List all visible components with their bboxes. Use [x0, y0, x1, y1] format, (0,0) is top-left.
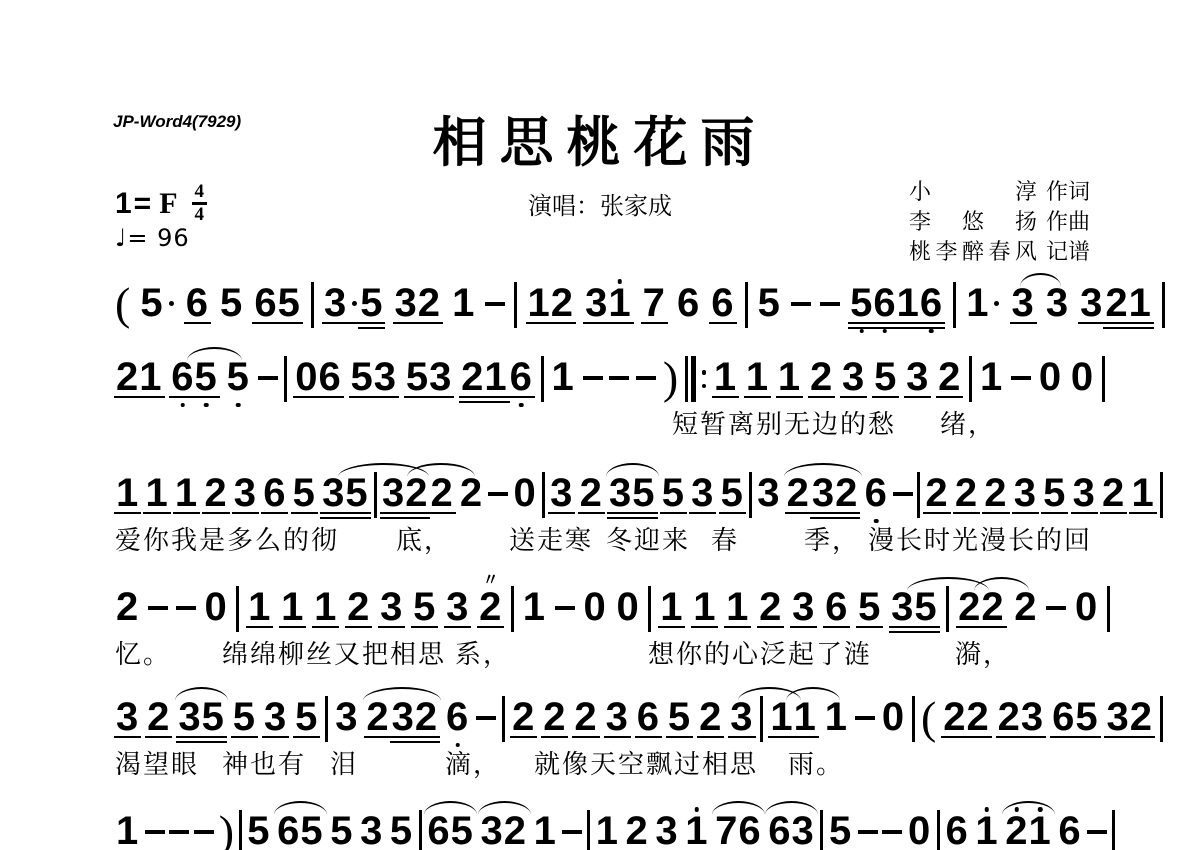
dash-note	[176, 606, 196, 610]
note-digit: 3	[655, 816, 678, 846]
note-digit: 2	[415, 702, 438, 732]
notation-row: 1)56553565321123176635061216	[115, 816, 1115, 850]
note-token: 35	[321, 478, 370, 508]
note-digit: 3	[374, 362, 397, 392]
note-digits: 12	[527, 288, 576, 318]
tie-arc	[1020, 273, 1062, 287]
note-token: 22	[957, 592, 1006, 622]
note-digit: 5	[914, 592, 937, 622]
note-digit: 5	[1075, 702, 1098, 732]
note-token: 3	[263, 702, 288, 732]
repeat-bar-thick	[691, 356, 696, 402]
note-digit: 5	[406, 362, 429, 392]
music-sheet-page: JP-Word4(7929) 相思桃花雨 演唱：张家成 小淳作词李悠扬作曲桃李醉…	[0, 0, 1200, 850]
note-token: 0	[881, 702, 906, 732]
note-token: 3	[605, 702, 630, 732]
note-digit: 6	[318, 362, 341, 392]
credit-role: 记谱	[1046, 235, 1090, 266]
dash-note	[485, 302, 505, 306]
note-digit: 1	[660, 592, 683, 622]
note-token: 5	[661, 478, 686, 508]
note-digit: 2	[418, 288, 441, 318]
key-tonic: F	[159, 187, 177, 221]
note-token: 32	[394, 288, 443, 318]
barline	[236, 586, 239, 632]
tie-arc	[407, 463, 475, 477]
note-digit: 2	[1130, 702, 1153, 732]
note-digits: 3	[233, 478, 258, 508]
note-digit: 3	[322, 478, 345, 508]
credit-line: 桃李醉春风记谱	[909, 235, 1090, 265]
note-token: 65	[253, 288, 302, 318]
note-digit: 3	[234, 478, 257, 508]
note-digit: 1	[693, 592, 716, 622]
note-token: 1	[684, 816, 709, 846]
note-token: 5	[294, 702, 319, 732]
barline	[937, 810, 940, 850]
note-digits: 3	[359, 816, 384, 846]
note-digit: 3	[392, 702, 415, 732]
note-token: 65	[426, 816, 475, 846]
note-token: 232	[786, 478, 860, 508]
note-digits: 32	[811, 478, 860, 508]
note-digits: 5	[857, 592, 882, 622]
note-digit: 3	[429, 362, 452, 392]
note-digit: 0	[616, 592, 639, 622]
barline	[1162, 282, 1165, 328]
note-token: 1	[745, 362, 770, 392]
barline	[502, 696, 505, 742]
note-digit: 5	[351, 362, 374, 392]
note-digits: 0	[881, 702, 906, 732]
note-token: 3	[233, 478, 258, 508]
note-digit: 5	[721, 478, 744, 508]
note-digit: 0	[908, 816, 931, 846]
note-digits: 35	[890, 592, 939, 622]
note-digit: 2	[460, 478, 483, 508]
note-digit: 5	[227, 362, 250, 392]
note-digit: 3	[609, 478, 632, 508]
note-digit: 3	[178, 702, 201, 732]
credit-name: 小淳	[909, 175, 1037, 206]
augmentation-dot-icon	[994, 301, 999, 306]
note-digits: 32	[480, 816, 529, 846]
note-digits: 1	[1130, 478, 1155, 508]
note-digit: 2	[479, 592, 502, 622]
note-token: 1	[1130, 478, 1155, 508]
note-digits: 5	[757, 288, 782, 318]
note-token: 1	[174, 478, 199, 508]
note-digits: 5	[232, 702, 257, 732]
note-token: 1	[313, 592, 338, 622]
note-digit: 2	[1014, 592, 1037, 622]
note-digits: 3	[1072, 478, 1097, 508]
augmentation-dot-icon	[169, 301, 174, 306]
note-digits: 2	[146, 702, 171, 732]
note-digits: 2	[542, 702, 567, 732]
note-token: 6	[636, 702, 661, 732]
note-digits: 1	[144, 478, 169, 508]
note-digits: 2	[954, 478, 979, 508]
note-token: 1	[115, 478, 140, 508]
note-token: 1	[280, 592, 305, 622]
note-digit: 3	[380, 592, 403, 622]
note-digit: 6	[277, 816, 300, 846]
note-digits: 2	[203, 478, 228, 508]
barline	[946, 586, 949, 632]
note-digit: 0	[514, 478, 537, 508]
note-token: 5	[226, 362, 251, 392]
note-digit: 2	[981, 592, 1004, 622]
note-digits: 5	[219, 288, 244, 318]
note-digits: 5	[226, 362, 251, 392]
note-digits: 3	[905, 362, 930, 392]
note-digit: 1	[825, 702, 848, 732]
credit-line: 小淳作词	[909, 175, 1090, 205]
note-digit: 5	[140, 288, 163, 318]
note-digit: 2	[504, 816, 527, 846]
note-digit: 2	[958, 592, 981, 622]
note-token: 1	[965, 288, 1001, 318]
note-digit: 2	[943, 702, 966, 732]
note-digits: 6	[864, 478, 889, 508]
note-token: 216	[460, 362, 534, 392]
note-digits: 6	[676, 288, 701, 318]
note-token: 5	[389, 816, 414, 846]
barline	[820, 810, 823, 850]
barline	[542, 472, 545, 518]
dash-note	[583, 376, 603, 380]
note-token: 6	[864, 478, 889, 508]
note-digit: 3	[324, 288, 347, 318]
credits-block: 小淳作词李悠扬作曲桃李醉春风记谱	[909, 175, 1090, 265]
note-digit: 1	[484, 362, 507, 392]
meter-numerator: 4	[192, 183, 208, 205]
note-digit: 5	[874, 362, 897, 392]
note-digit: 3	[792, 592, 815, 622]
note-digits: 5	[294, 702, 319, 732]
note-digit: 6	[254, 288, 277, 318]
note-digit: 1	[139, 362, 162, 392]
note-digits: 53	[405, 362, 454, 392]
note-digit: 2	[835, 478, 858, 508]
note-token: 2	[1013, 592, 1038, 622]
note-token: 3	[791, 592, 816, 622]
tie-arc	[424, 801, 477, 815]
note-digit: 3	[382, 478, 405, 508]
barline	[1160, 472, 1163, 518]
note-digit: 3	[395, 288, 418, 318]
note-digit: 6	[186, 288, 209, 318]
notation-row: 2011123532〃1001112365352220	[115, 592, 1110, 626]
note-digit: 1	[770, 702, 793, 732]
note-digits: 6	[445, 702, 470, 732]
note-token: 3	[445, 592, 470, 622]
note-token: 1	[533, 816, 558, 846]
note-token: 2	[459, 478, 484, 508]
note-digits: 1	[115, 478, 140, 508]
note-digit: 5	[850, 288, 873, 318]
note-digit: 1	[175, 478, 198, 508]
dash-note	[636, 376, 656, 380]
note-digits: 21	[1004, 816, 1053, 846]
note-digit: 1	[596, 816, 619, 846]
note-token: 0	[1074, 592, 1099, 622]
note-token: 2	[809, 362, 834, 392]
note-token: 5616	[849, 288, 944, 318]
dash-note	[1087, 830, 1107, 834]
augmentation-dot-icon	[352, 301, 357, 306]
note-digits: 1	[522, 592, 547, 622]
note-digits: 0	[513, 478, 538, 508]
note-digit: 1	[726, 592, 749, 622]
note-token: 65	[276, 816, 325, 846]
note-token: 6	[262, 478, 287, 508]
note-digit: 2	[116, 362, 139, 392]
note-digits: 2	[1101, 478, 1126, 508]
note-digit: 2	[580, 478, 603, 508]
note-digits: 5	[359, 288, 384, 318]
note-token: 3	[1013, 478, 1038, 508]
note-digits: 65	[253, 288, 302, 318]
note-digits: 3	[1011, 288, 1036, 318]
open-paren: (	[115, 284, 130, 324]
note-token: 3	[379, 592, 404, 622]
note-digit: 3	[730, 702, 753, 732]
note-digit: 6	[920, 288, 943, 318]
note-digits: 5	[329, 816, 354, 846]
note-digit: 1	[551, 362, 574, 392]
note-token: 31	[584, 288, 633, 318]
note-digit: 2	[204, 478, 227, 508]
note-digits: 3	[654, 816, 679, 846]
open-paren: (	[921, 698, 936, 738]
note-digits: 5	[873, 362, 898, 392]
note-digits: 3	[115, 702, 140, 732]
note-digits: 2	[809, 362, 834, 392]
note-digit: 5	[345, 478, 368, 508]
note-digit: 7	[715, 816, 738, 846]
note-digits: 5	[720, 478, 745, 508]
note-token: 35	[323, 288, 385, 318]
note-token: 2	[983, 478, 1008, 508]
note-digits: 1	[979, 362, 1004, 392]
note-digits: 3	[841, 362, 866, 392]
tie-arc	[974, 577, 1029, 591]
repeat-dot	[702, 370, 707, 375]
ornament-icon: 〃	[483, 574, 499, 588]
note-token: 3	[1045, 288, 1070, 318]
note-token: 2	[758, 592, 783, 622]
note-digit: 3	[842, 362, 865, 392]
note-digits: 32	[394, 288, 443, 318]
note-token: 3	[729, 702, 754, 732]
meter-denominator: 4	[195, 205, 205, 224]
dash-note	[820, 302, 840, 306]
barline	[745, 282, 748, 328]
note-digits: 06	[294, 362, 343, 392]
note-digits: 1	[684, 816, 709, 846]
note-digits: 1	[713, 362, 738, 392]
note-digits: 35	[321, 478, 370, 508]
note-token: 6	[185, 288, 210, 318]
note-digits: 1	[725, 592, 750, 622]
note-token: 1	[824, 702, 849, 732]
note-token: 06	[294, 362, 343, 392]
note-digits: 63	[767, 816, 816, 846]
note-token: 2	[698, 702, 723, 732]
note-token: 1	[550, 362, 575, 392]
barline	[325, 696, 328, 742]
note-token: 22	[942, 702, 991, 732]
note-digits: 2	[429, 478, 454, 508]
note-token: 3	[905, 362, 930, 392]
song-title: 相思桃花雨	[0, 100, 1200, 177]
barline	[311, 282, 314, 328]
note-token: 3	[690, 478, 715, 508]
lyric-text: 忆。	[115, 640, 171, 670]
note-digits: 35	[177, 702, 226, 732]
dash-note	[1046, 606, 1066, 610]
note-digit: 2	[116, 592, 139, 622]
lyric-text: 系，	[455, 640, 511, 670]
note-digit: 2	[759, 592, 782, 622]
notation-row: 1112365353222032355353232622235321	[115, 478, 1163, 512]
tie-arc	[1002, 801, 1055, 815]
note-digits: 5	[667, 702, 692, 732]
note-token: 65	[170, 362, 219, 392]
dash-note	[488, 492, 508, 496]
note-digits: 0	[615, 592, 640, 622]
note-digits: 3	[756, 478, 781, 508]
note-digit: 5	[829, 816, 852, 846]
note-token: 5	[828, 816, 853, 846]
note-digit: 5	[360, 288, 383, 318]
note-token: 1	[974, 816, 999, 846]
barline	[419, 810, 422, 850]
note-token: 2	[573, 702, 598, 732]
tie-arc	[786, 687, 840, 701]
tie-arc	[187, 347, 242, 361]
note-digit: 0	[584, 592, 607, 622]
note-digit: 3	[606, 702, 629, 732]
note-digit: 5	[233, 702, 256, 732]
note-digits: 1	[115, 816, 140, 846]
note-token: 21	[1004, 816, 1053, 846]
note-token: 5	[292, 478, 317, 508]
note-digit: 3	[691, 478, 714, 508]
note-digits: 2	[698, 702, 723, 732]
note-digit: 5	[195, 362, 218, 392]
credit-role: 作词	[1046, 175, 1090, 206]
note-token: 2	[954, 478, 979, 508]
note-digit: 3	[1073, 478, 1096, 508]
note-token: 3	[115, 702, 140, 732]
note-token: 63	[767, 816, 816, 846]
note-digits: 1	[965, 288, 1001, 318]
note-token: 11	[769, 702, 818, 732]
note-digits: 5	[1042, 478, 1067, 508]
dash-note	[562, 830, 582, 834]
note-token: 1	[713, 362, 738, 392]
note-digit: 0	[1075, 592, 1098, 622]
lyric-text: 送走寒	[509, 526, 593, 556]
note-digit: 5	[1043, 478, 1066, 508]
note-token: 1	[115, 816, 140, 846]
note-digits: 21	[115, 362, 164, 392]
note-digit: 2	[984, 478, 1007, 508]
lyric-text: 爱你我是多么的彻	[115, 526, 339, 556]
barline	[511, 586, 514, 632]
note-digit: 1	[1028, 816, 1051, 846]
note-token: 0	[615, 592, 640, 622]
note-token: 1	[979, 362, 1004, 392]
note-digits: 5616	[849, 288, 944, 318]
dash-note	[258, 376, 278, 380]
note-digits: 5	[828, 816, 853, 846]
lyric-text: 漪，	[955, 640, 1011, 670]
tempo-value: = 96	[127, 224, 189, 252]
note-digit: 1	[714, 362, 737, 392]
note-digit: 0	[1071, 362, 1094, 392]
note-token: 3	[841, 362, 866, 392]
tie-arc	[274, 801, 327, 815]
tie-arc	[606, 463, 659, 477]
note-token: 3	[654, 816, 679, 846]
note-token: 2	[924, 478, 949, 508]
note-token: 1	[247, 592, 272, 622]
notation-row: 323553532326222365231110(22236532	[115, 702, 1163, 736]
note-token: 23	[997, 702, 1046, 732]
note-digit: 3	[550, 478, 573, 508]
note-token: 5	[873, 362, 898, 392]
note-token: 2	[625, 816, 650, 846]
note-digit: 2	[512, 702, 535, 732]
note-digits: 3	[549, 478, 574, 508]
note-digit: 1	[778, 362, 801, 392]
note-token: 232	[365, 702, 439, 732]
note-digits: 32	[381, 478, 430, 508]
note-digit: 0	[1039, 362, 1062, 392]
note-token: 2	[542, 702, 567, 732]
note-token: 5	[329, 816, 354, 846]
note-digit: 2	[955, 478, 978, 508]
tie-arc	[765, 801, 818, 815]
dash-note	[893, 492, 913, 496]
note-token: 2〃	[478, 592, 503, 622]
note-digits: 6	[824, 592, 849, 622]
note-token: 12	[527, 288, 576, 318]
note-digit: 2	[430, 478, 453, 508]
note-digit: 3	[1014, 478, 1037, 508]
note-digits: 0	[1038, 362, 1063, 392]
note-digits: 11	[769, 702, 818, 732]
credit-line: 李悠扬作曲	[909, 205, 1090, 235]
note-digits: 6	[509, 362, 534, 392]
note-digit: 6	[171, 362, 194, 392]
note-digit: 5	[247, 816, 270, 846]
note-digit: 2	[626, 816, 649, 846]
note-digit: 1	[966, 288, 989, 318]
note-digits: 2	[365, 702, 390, 732]
lyric-text: 神也有	[222, 750, 306, 780]
tie-arc	[478, 801, 531, 815]
dash-note	[194, 830, 214, 834]
note-digits: 0	[1070, 362, 1095, 392]
note-digits: 2	[758, 592, 783, 622]
note-digit: 5	[202, 702, 225, 732]
note-digits: 3	[605, 702, 630, 732]
